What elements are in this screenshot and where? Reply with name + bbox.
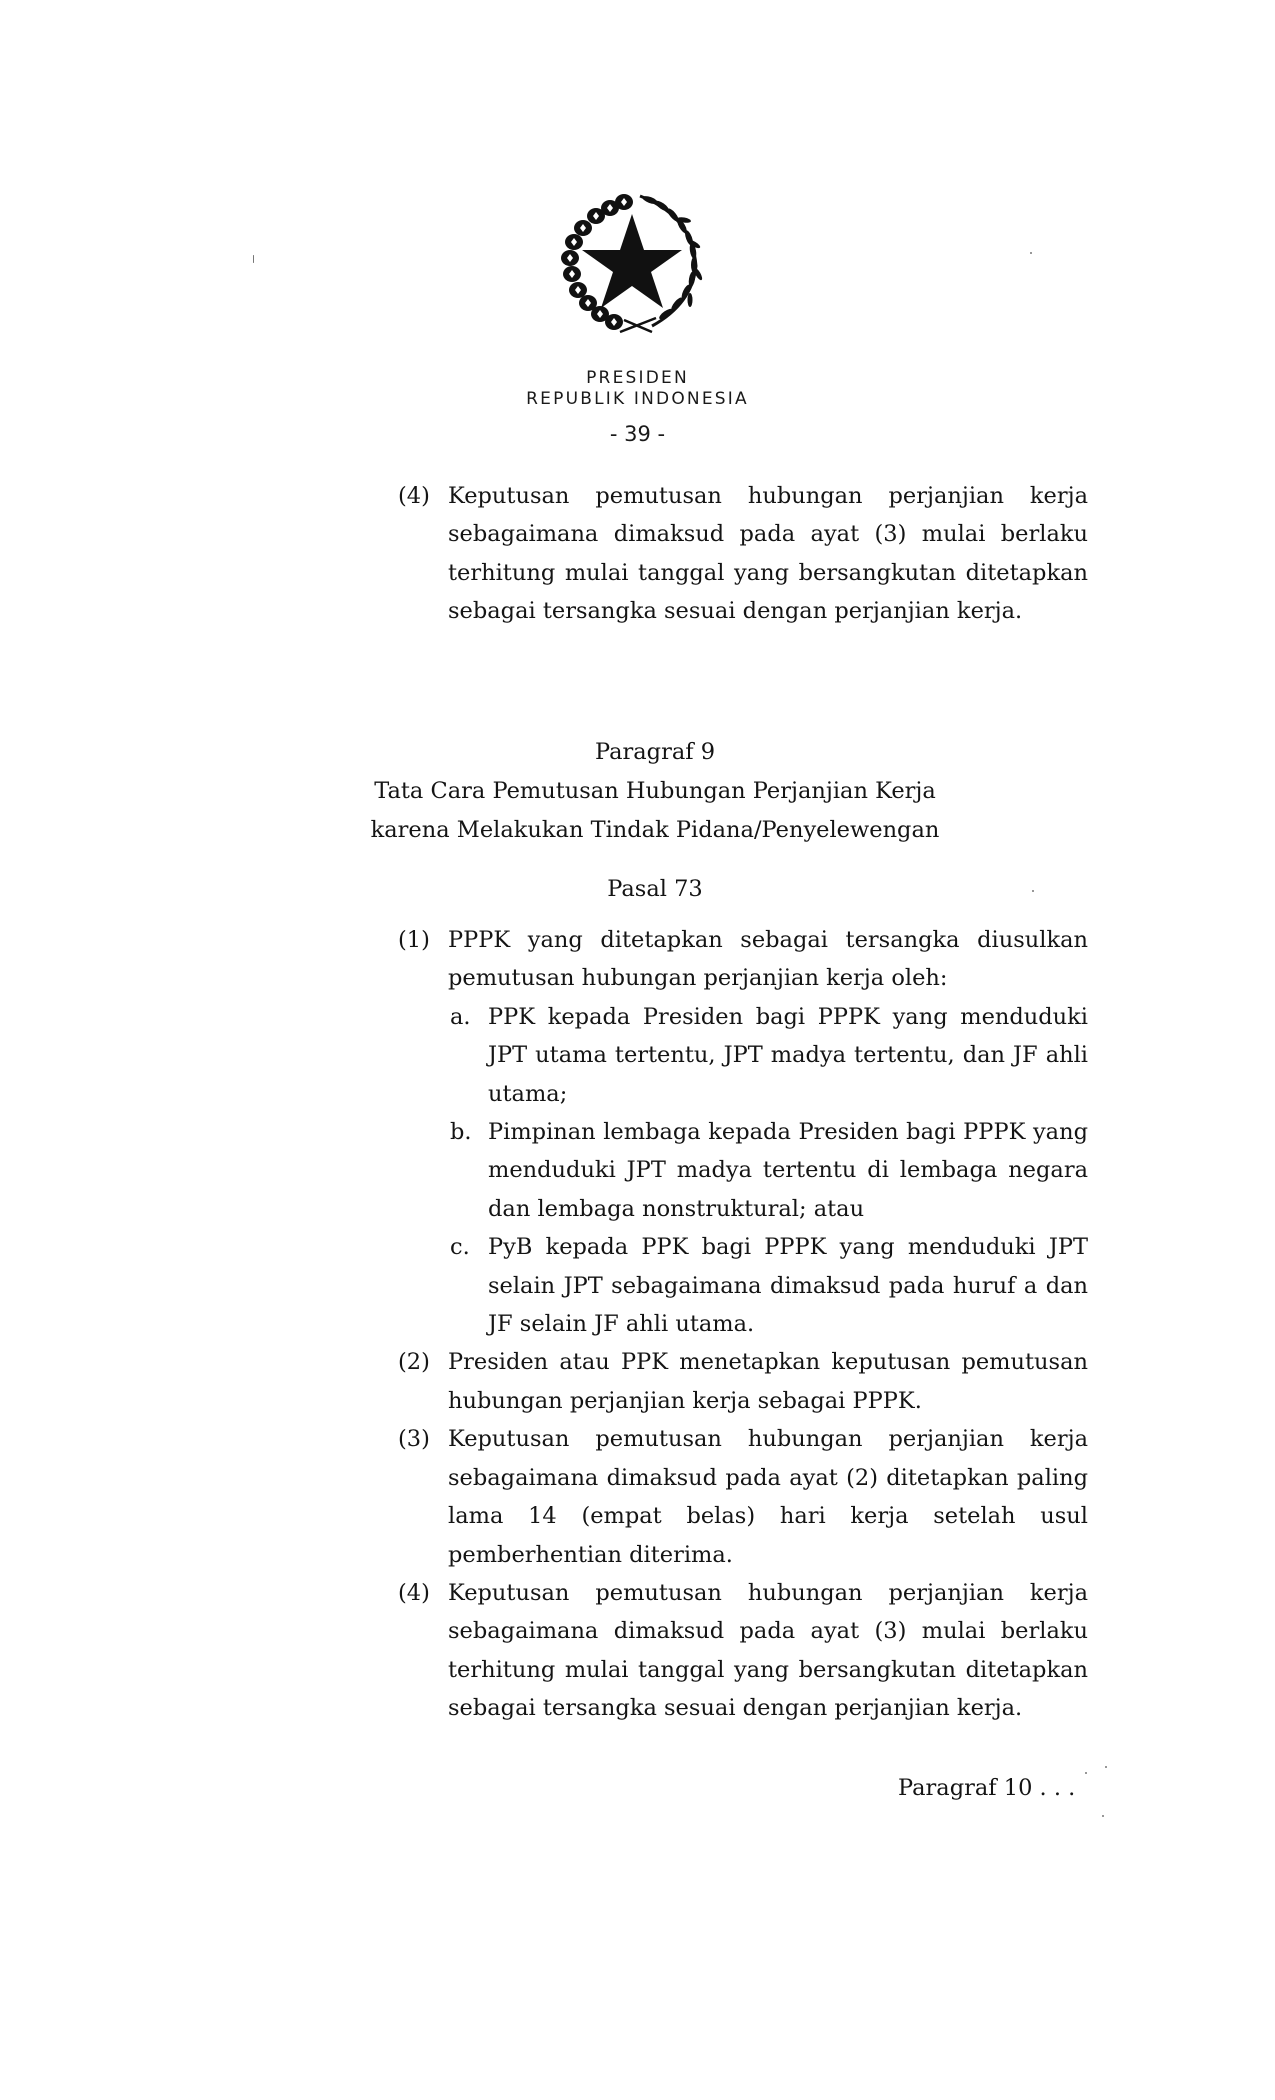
ayat-text: Presiden atau PPK menetapkan keputusan p…: [448, 1349, 1088, 1413]
header-subtitle: REPUBLIK INDONESIA: [0, 389, 1275, 409]
pasal-heading: Pasal 73: [330, 870, 980, 909]
ayat-1-item-c: c. PyB kepada PPK bagi PPPK yang mendudu…: [450, 1228, 1088, 1343]
ayat-number: (1): [398, 921, 430, 959]
carryover-ayat: (4) Keputusan pemutusan hubungan perjanj…: [398, 477, 1088, 631]
pasal-body: (1) PPPK yang ditetapkan sebagai tersang…: [398, 921, 1088, 1728]
scan-speck: [1085, 1772, 1087, 1774]
paragraf-heading: Paragraf 9: [330, 733, 980, 772]
continuation-marker: Paragraf 10 . . .: [898, 1775, 1075, 1801]
ayat-text: PPPK yang ditetapkan sebagai tersangka d…: [448, 927, 1088, 991]
paragraf-title-line2: karena Melakukan Tindak Pidana/Penyelewe…: [330, 811, 980, 850]
ayat-1-item-b: b. Pimpinan lembaga kepada Presiden bagi…: [450, 1113, 1088, 1228]
scan-speck: [1102, 1815, 1104, 1817]
ayat-2: (2) Presiden atau PPK menetapkan keputus…: [398, 1343, 1088, 1420]
scan-speck: [1032, 890, 1034, 892]
ayat-number: (4): [398, 1574, 430, 1612]
ayat-text: Keputusan pemutusan hubungan perjanjian …: [448, 483, 1088, 624]
item-text: PyB kepada PPK bagi PPPK yang menduduki …: [488, 1234, 1088, 1337]
presidential-seal-icon: [552, 186, 708, 336]
scan-speck: [1030, 252, 1032, 254]
ayat-text: Keputusan pemutusan hubungan perjanjian …: [448, 1580, 1088, 1721]
item-letter: b.: [450, 1113, 472, 1151]
ayat-1-item-a: a. PPK kepada Presiden bagi PPPK yang me…: [450, 998, 1088, 1113]
ayat-number: (4): [398, 477, 430, 515]
ayat-number: (2): [398, 1343, 430, 1381]
ayat-number: (3): [398, 1420, 430, 1458]
ayat-1: (1) PPPK yang ditetapkan sebagai tersang…: [398, 921, 1088, 998]
ayat-3: (3) Keputusan pemutusan hubungan perjanj…: [398, 1420, 1088, 1574]
ayat-text: Keputusan pemutusan hubungan perjanjian …: [448, 1426, 1088, 1567]
scan-speck: [1105, 1766, 1107, 1768]
paragraf-title-line1: Tata Cara Pemutusan Hubungan Perjanjian …: [330, 772, 980, 811]
ayat-4: (4) Keputusan pemutusan hubungan perjanj…: [398, 1574, 1088, 1728]
item-letter: a.: [450, 998, 471, 1036]
scan-speck: [253, 255, 254, 263]
page-number: - 39 -: [0, 422, 1275, 446]
item-text: PPK kepada Presiden bagi PPPK yang mendu…: [488, 1004, 1088, 1107]
document-page: PRESIDEN REPUBLIK INDONESIA - 39 - (4) K…: [0, 0, 1275, 2100]
item-letter: c.: [450, 1228, 470, 1266]
header-title: PRESIDEN: [0, 368, 1275, 388]
item-text: Pimpinan lembaga kepada Presiden bagi PP…: [488, 1119, 1088, 1222]
